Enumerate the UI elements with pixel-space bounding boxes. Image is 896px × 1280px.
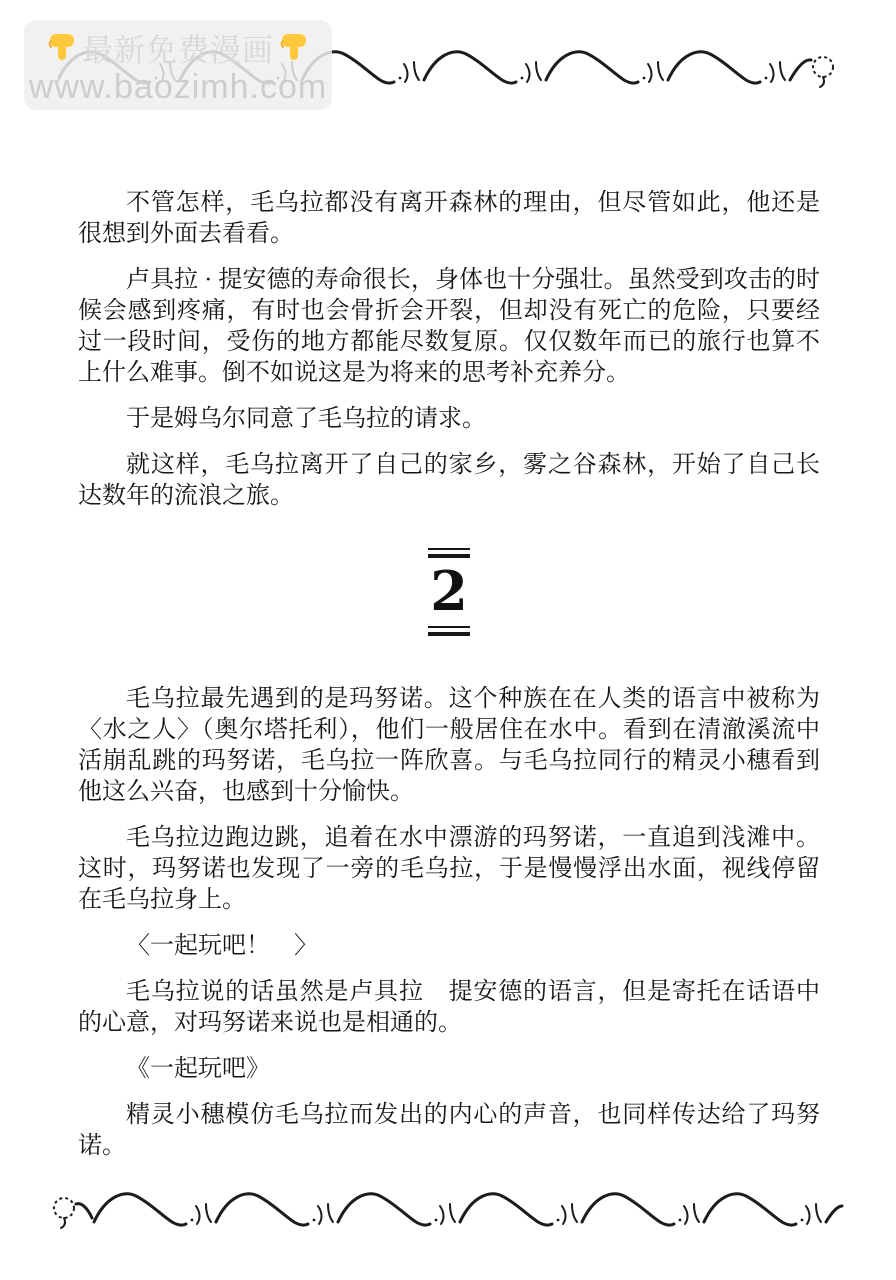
pointing-down-icon: [46, 31, 78, 63]
paragraph: 于是姆乌尔同意了毛乌拉的请求。: [78, 404, 820, 435]
paragraph: 毛乌拉说的话虽然是卢具拉 提安德的语言，但是寄托在话语中的心意，对玛努诺来说也是…: [78, 977, 820, 1039]
paragraph: 不管怎样，毛乌拉都没有离开森林的理由，但尽管如此，他还是很想到外面去看看。: [78, 188, 820, 250]
paragraph: 毛乌拉最先遇到的是玛努诺。这个种族在在人类的语言中被称为〈水之人〉（奥尔塔托利）…: [78, 684, 820, 808]
paragraph: 卢具拉 · 提安德的寿命很长，身体也十分强壮。虽然受到攻击的时候会感到疼痛，有时…: [78, 265, 820, 389]
paragraph: 《一起玩吧》: [78, 1054, 820, 1085]
novel-reader-page: 最新免费漫画 www.baozimh.com 不管怎样，毛乌拉都没有离开森林的理…: [0, 0, 896, 1280]
pointing-down-icon: [278, 31, 310, 63]
watermark-title-row: 最新免费漫画: [46, 25, 310, 70]
chapter-text: 不管怎样，毛乌拉都没有离开森林的理由，但尽管如此，他还是很想到外面去看看。 卢具…: [78, 188, 820, 1177]
paragraph: 毛乌拉边跑边跳，追着在水中漂游的玛努诺，一直追到浅滩中。这时，玛努诺也发现了一旁…: [78, 823, 820, 916]
chapter-number: 2: [430, 562, 468, 620]
watermark-url[interactable]: www.baozimh.com: [29, 70, 327, 106]
divider-rule-top: [428, 548, 470, 558]
paragraph: 就这样，毛乌拉离开了自己的家乡，雾之谷森林，开始了自己长达数年的流浪之旅。: [78, 450, 820, 512]
paragraph: 〈一起玩吧！ 〉: [78, 931, 820, 962]
divider-rule-bottom: [428, 626, 470, 636]
watermark-badge[interactable]: 最新免费漫画 www.baozimh.com: [24, 20, 332, 110]
watermark-title: 最新免费漫画: [82, 25, 274, 70]
chapter-heading: 2: [78, 548, 820, 636]
ornament-bottom-border: [46, 1186, 846, 1232]
paragraph: 精灵小穗模仿毛乌拉而发出的内心的声音，也同样传达给了玛努诺。: [78, 1100, 820, 1162]
